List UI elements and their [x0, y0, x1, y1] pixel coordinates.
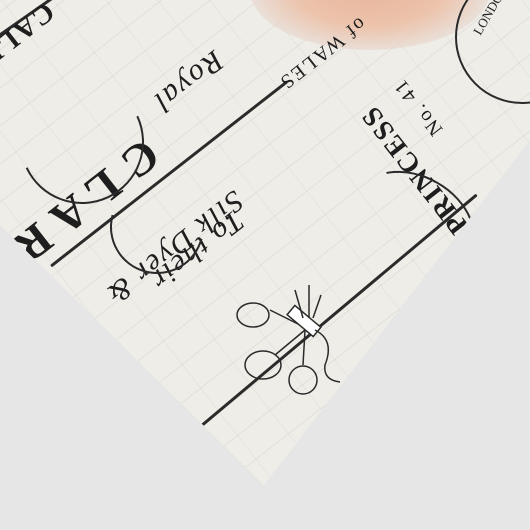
tissue-paper-sheet: C L A R CALL Silk Dyer & To their Royal …: [0, 0, 530, 530]
prince-of-wales-feathers-icon: [225, 270, 345, 400]
